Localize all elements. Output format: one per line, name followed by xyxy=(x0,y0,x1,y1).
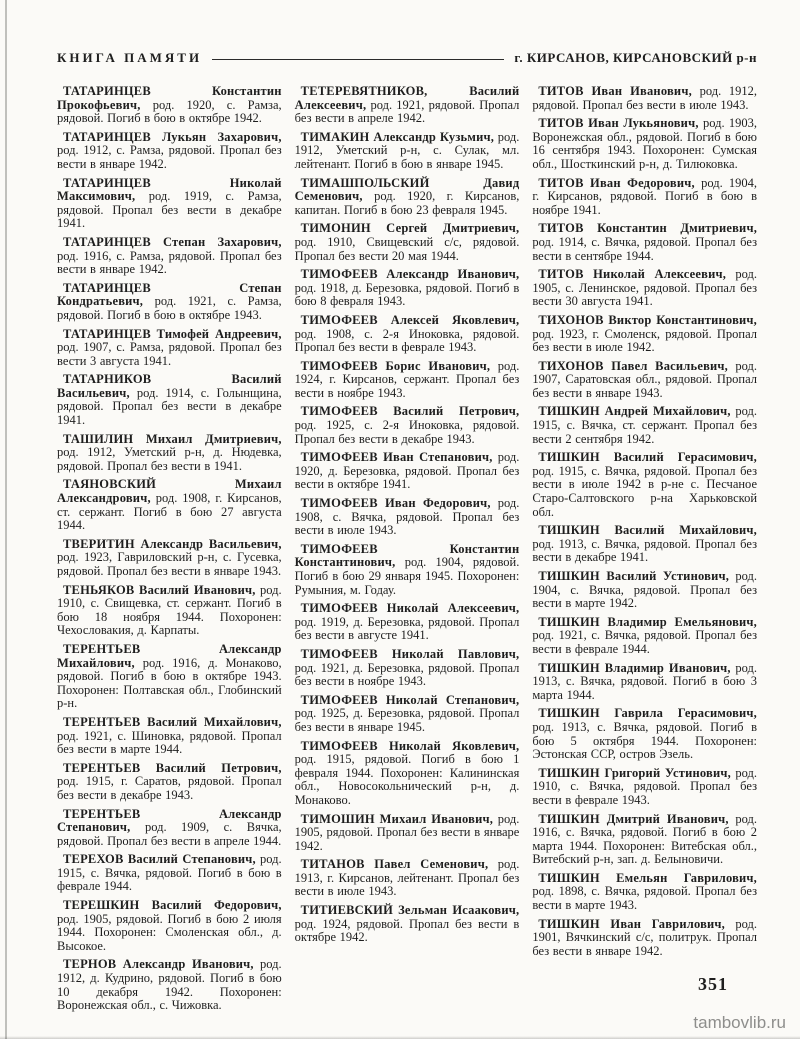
entry-name: ТИТОВ Иван Иванович, xyxy=(538,84,692,98)
page-number: 351 xyxy=(698,974,728,995)
entry-name: ТИТОВ Константин Дмитриевич, xyxy=(538,221,757,235)
entry-text: род. 1907, с. Рамза, рядовой. Пропал без… xyxy=(57,340,282,368)
memorial-entry: ТИТОВ Иван Федорович, род. 1904, г. Кирс… xyxy=(532,177,757,218)
memorial-entry: ТИМОШИН Михаил Иванович, род. 1905, рядо… xyxy=(295,813,520,854)
entry-name: ТИМОФЕЕВ Николай Яковлевич, xyxy=(301,739,520,753)
memorial-entry: ТИХОНОВ Виктор Константинович, род. 1923… xyxy=(532,314,757,355)
district-title: г. КИРСАНОВ, КИРСАНОВСКИЙ р-н xyxy=(514,50,757,66)
entry-name: ТАШИЛИН Михаил Дмитриевич, xyxy=(63,432,282,446)
memorial-entry: ТИТИЕВСКИЙ Зельман Исаакович, род. 1924,… xyxy=(295,904,520,945)
entry-name: ТИМОФЕЕВ Александр Иванович, xyxy=(301,267,520,281)
entry-name: ТИТОВ Николай Алексеевич, xyxy=(538,267,726,281)
entry-text: род. 1913, с. Вячка, рядовой. Пропал без… xyxy=(532,537,757,565)
entry-name: ТЕРНОВ Александр Иванович, xyxy=(63,957,254,971)
entry-text: род. 1923, Гавриловский р-н, с. Гусевка,… xyxy=(57,550,282,578)
memorial-entry: ТИМАШПОЛЬСКИЙ Давид Семенович, род. 1920… xyxy=(295,177,520,218)
entry-text: род. 1910, Свищевский с/с, рядовой. Проп… xyxy=(295,235,520,263)
memorial-entry: ТИШКИН Владимир Емельянович, род. 1921, … xyxy=(532,616,757,657)
memorial-entry: ТАТАРИНЦЕВ Лукьян Захарович, род. 1912, … xyxy=(57,131,282,172)
memorial-columns: ТАТАРИНЦЕВ Константин Прокофьевич, род. … xyxy=(57,85,757,979)
entry-text: род. 1914, с. Вячка, рядовой. Пропал без… xyxy=(532,235,757,263)
entry-name: ТАТАРИНЦЕВ Лукьян Захарович, xyxy=(63,130,282,144)
entry-name: ТАТАРИНЦЕВ Степан Захарович, xyxy=(63,235,282,249)
entry-name: ТИТАНОВ Павел Семенович, xyxy=(301,857,489,871)
entry-text: род. 1912, с. Рамза, рядовой. Пропал без… xyxy=(57,143,282,171)
memorial-entry: ТИШКИН Григорий Устинович, род. 1910, с.… xyxy=(532,767,757,808)
memorial-entry: ТАТАРИНЦЕВ Константин Прокофьевич, род. … xyxy=(57,85,282,126)
book-title: КНИГА ПАМЯТИ xyxy=(57,50,202,66)
memorial-entry: ТИТОВ Иван Лукьянович, род. 1903, Вороне… xyxy=(532,117,757,171)
memorial-entry: ТИМОФЕЕВ Константин Константинович, род.… xyxy=(295,543,520,597)
memorial-entry: ТИМАКИН Александр Кузьмич, род. 1912, Ум… xyxy=(295,131,520,172)
memorial-entry: ТИМОФЕЕВ Николай Павлович, род. 1921, д.… xyxy=(295,648,520,689)
memorial-entry: ТАТАРИНЦЕВ Николай Максимович, род. 1919… xyxy=(57,177,282,231)
entry-name: ТИШКИН Владимир Иванович, xyxy=(538,661,730,675)
memorial-entry: ТИШКИН Гаврила Герасимович, род. 1913, с… xyxy=(532,707,757,761)
entry-name: ТИШКИН Григорий Устинович, xyxy=(538,766,731,780)
memorial-entry: ТИТОВ Николай Алексеевич, род. 1905, с. … xyxy=(532,268,757,309)
entry-name: ТИШКИН Гаврила Герасимович, xyxy=(538,706,757,720)
entry-name: ТИМОФЕЕВ Иван Федорович, xyxy=(301,496,491,510)
entry-text: род. 1898, с. Вячка, рядовой. Пропал без… xyxy=(532,884,757,912)
memorial-entry: ТАШИЛИН Михаил Дмитриевич, род. 1912, Ум… xyxy=(57,433,282,474)
memorial-entry: ТЕНЬЯКОВ Василий Иванович, род. 1910, с.… xyxy=(57,584,282,638)
entry-text: род. 1924, рядовой. Пропал без вести в о… xyxy=(295,917,520,945)
column-3: ТИТОВ Иван Иванович, род. 1912, рядовой.… xyxy=(532,85,757,979)
entry-text: род. 1905, рядовой. Погиб в бою 2 июля 1… xyxy=(57,912,282,953)
memorial-entry: ТИМОФЕЕВ Николай Алексеевич, род. 1919, … xyxy=(295,602,520,643)
memorial-entry: ТЕРЕШКИН Василий Федорович, род. 1905, р… xyxy=(57,899,282,953)
entry-name: ТИШКИН Василий Герасимович, xyxy=(538,450,757,464)
memorial-entry: ТИМОФЕЕВ Николай Степанович, род. 1925, … xyxy=(295,694,520,735)
library-watermark: tambovlib.ru xyxy=(693,1013,786,1033)
memorial-entry: ТАЯНОВСКИЙ Михаил Александрович, род. 19… xyxy=(57,478,282,532)
entry-text: род. 1923, г. Смоленск, рядовой. Пропал … xyxy=(532,327,757,355)
memorial-entry: ТИШКИН Василий Михайлович, род. 1913, с.… xyxy=(532,524,757,565)
entry-name: ТИМОНИН Сергей Дмитриевич, xyxy=(301,221,520,235)
entry-text: род. 1918, д. Березовка, рядовой. Погиб … xyxy=(295,281,520,309)
memorial-entry: ТИМОФЕЕВ Иван Федорович, род. 1908, с. В… xyxy=(295,497,520,538)
entry-text: род. 1921, с. Шиновка, рядовой. Пропал б… xyxy=(57,729,282,757)
memorial-entry: ТИМОФЕЕВ Николай Яковлевич, род. 1915, р… xyxy=(295,740,520,808)
entry-name: ТИШКИН Емельян Гаврилович, xyxy=(538,871,757,885)
entry-name: ТИТОВ Иван Лукьянович, xyxy=(538,116,698,130)
entry-text: род. 1915, с. Вячка, рядовой. Пропал без… xyxy=(532,464,757,519)
header-rule xyxy=(212,59,504,60)
entry-name: ТЕРЕХОВ Василий Степанович, xyxy=(63,852,256,866)
memorial-entry: ТЕРЕНТЬЕВ Василий Михайлович, род. 1921,… xyxy=(57,716,282,757)
memorial-entry: ТИМОФЕЕВ Алексей Яковлевич, род. 1908, с… xyxy=(295,314,520,355)
scan-edge-line xyxy=(5,0,7,1039)
memorial-entry: ТИТОВ Константин Дмитриевич, род. 1914, … xyxy=(532,222,757,263)
memorial-entry: ТЕРЕНТЬЕВ Василий Петрович, род. 1915, г… xyxy=(57,762,282,803)
entry-name: ТИТИЕВСКИЙ Зельман Исаакович, xyxy=(301,903,520,917)
entry-name: ТИМОФЕЕВ Николай Степанович, xyxy=(301,693,520,707)
memorial-entry: ТИШКИН Емельян Гаврилович, род. 1898, с.… xyxy=(532,872,757,913)
entry-name: ТЕНЬЯКОВ Василий Иванович, xyxy=(63,583,256,597)
memorial-entry: ТИШКИН Владимир Иванович, род. 1913, с. … xyxy=(532,662,757,703)
entry-text: род. 1916, с. Рамза, рядовой. Пропал без… xyxy=(57,249,282,277)
memorial-entry: ТАТАРИНЦЕВ Степан Захарович, род. 1916, … xyxy=(57,236,282,277)
entry-text: род. 1921, с. Вячка, рядовой. Пропал без… xyxy=(532,628,757,656)
column-1: ТАТАРИНЦЕВ Константин Прокофьевич, род. … xyxy=(57,85,282,979)
memorial-entry: ТИШКИН Андрей Михайлович, род. 1915, с. … xyxy=(532,405,757,446)
entry-text: род. 1921, д. Березовка, рядовой. Пропал… xyxy=(295,661,520,689)
entry-name: ТИШКИН Василий Михайлович, xyxy=(538,523,757,537)
entry-name: ТЕРЕШКИН Василий Федорович, xyxy=(63,898,282,912)
entry-name: ТИМОФЕЕВ Василий Петрович, xyxy=(301,404,520,418)
entry-name: ТИМАКИН Александр Кузьмич, xyxy=(301,130,494,144)
entry-text: род. 1925, д. Березовка, рядовой. Пропал… xyxy=(295,706,520,734)
entry-text: род. 1913, с. Вячка, рядовой. Погиб в бо… xyxy=(532,720,757,761)
memorial-entry: ТАТАРИНЦЕВ Степан Кондратьевич, род. 192… xyxy=(57,282,282,323)
column-2: ТЕТЕРЕВЯТНИКОВ, Василий Алексеевич, род.… xyxy=(295,85,520,979)
memorial-entry: ТИМОФЕЕВ Василий Петрович, род. 1925, с.… xyxy=(295,405,520,446)
entry-name: ТИМОФЕЕВ Иван Степанович, xyxy=(301,450,493,464)
entry-name: ТИМОШИН Михаил Иванович, xyxy=(301,812,493,826)
entry-name: ТИМОФЕЕВ Борис Иванович, xyxy=(301,359,491,373)
memorial-entry: ТИШКИН Василий Устинович, род. 1904, с. … xyxy=(532,570,757,611)
memorial-entry: ТИМОФЕЕВ Александр Иванович, род. 1918, … xyxy=(295,268,520,309)
page-header: КНИГА ПАМЯТИ г. КИРСАНОВ, КИРСАНОВСКИЙ р… xyxy=(57,50,757,66)
entry-name: ТИШКИН Иван Гаврилович, xyxy=(538,917,725,931)
memorial-entry: ТЕРЕХОВ Василий Степанович, род. 1915, с… xyxy=(57,853,282,894)
memorial-entry: ТИШКИН Дмитрий Иванович, род. 1916, с. В… xyxy=(532,813,757,867)
entry-name: ТИШКИН Василий Устинович, xyxy=(538,569,729,583)
entry-name: ТИТОВ Иван Федорович, xyxy=(538,176,695,190)
entry-text: род. 1925, с. 2-я Иноковка, рядовой. Про… xyxy=(295,418,520,446)
entry-name: ТИШКИН Дмитрий Иванович, xyxy=(538,812,728,826)
entry-text: род. 1919, д. Березовка, рядовой. Пропал… xyxy=(295,615,520,643)
entry-name: ТЕРЕНТЬЕВ Василий Михайлович, xyxy=(63,715,282,729)
entry-name: ТИМОФЕЕВ Алексей Яковлевич, xyxy=(301,313,520,327)
entry-name: ТВЕРИТИН Александр Васильевич, xyxy=(63,537,282,551)
memorial-entry: ТИШКИН Василий Герасимович, род. 1915, с… xyxy=(532,451,757,519)
entry-name: ТИШКИН Андрей Михайлович, xyxy=(538,404,730,418)
entry-name: ТИХОНОВ Виктор Константинович, xyxy=(538,313,757,327)
entry-name: ТЕРЕНТЬЕВ Василий Петрович, xyxy=(63,761,282,775)
entry-text: род. 1915, рядовой. Погиб в бою 1 феврал… xyxy=(295,752,520,807)
entry-name: ТИМОФЕЕВ Николай Павлович, xyxy=(301,647,520,661)
entry-name: ТИХОНОВ Павел Васильевич, xyxy=(538,359,728,373)
scanned-book-page: КНИГА ПАМЯТИ г. КИРСАНОВ, КИРСАНОВСКИЙ р… xyxy=(0,0,800,1039)
memorial-entry: ТИТАНОВ Павел Семенович, род. 1913, г. К… xyxy=(295,858,520,899)
entry-text: род. 1908, с. 2-я Иноковка, рядовой. Про… xyxy=(295,327,520,355)
memorial-entry: ТИТОВ Иван Иванович, род. 1912, рядовой.… xyxy=(532,85,757,112)
memorial-entry: ТИМОНИН Сергей Дмитриевич, род. 1910, Св… xyxy=(295,222,520,263)
entry-text: род. 1915, г. Саратов, рядовой. Пропал б… xyxy=(57,774,282,802)
memorial-entry: ТАТАРНИКОВ Василий Васильевич, род. 1914… xyxy=(57,373,282,427)
memorial-entry: ТИМОФЕЕВ Борис Иванович, род. 1924, г. К… xyxy=(295,360,520,401)
memorial-entry: ТЕТЕРЕВЯТНИКОВ, Василий Алексеевич, род.… xyxy=(295,85,520,126)
memorial-entry: ТИМОФЕЕВ Иван Степанович, род. 1920, д. … xyxy=(295,451,520,492)
memorial-entry: ТИШКИН Иван Гаврилович, род. 1901, Вячки… xyxy=(532,918,757,959)
entry-name: ТИМОФЕЕВ Николай Алексеевич, xyxy=(301,601,520,615)
entry-name: ТИШКИН Владимир Емельянович, xyxy=(538,615,757,629)
entry-text: род. 1912, Уметский р-н, д. Нюдевка, ряд… xyxy=(57,445,282,473)
memorial-entry: ТЕРНОВ Александр Иванович, род. 1912, д.… xyxy=(57,958,282,1012)
memorial-entry: ТАТАРИНЦЕВ Тимофей Андреевич, род. 1907,… xyxy=(57,328,282,369)
entry-name: ТАТАРИНЦЕВ Тимофей Андреевич, xyxy=(63,327,282,341)
memorial-entry: ТВЕРИТИН Александр Васильевич, род. 1923… xyxy=(57,538,282,579)
memorial-entry: ТЕРЕНТЬЕВ Александр Михайлович, род. 191… xyxy=(57,643,282,711)
memorial-entry: ТЕРЕНТЬЕВ Александр Степанович, род. 190… xyxy=(57,808,282,849)
memorial-entry: ТИХОНОВ Павел Васильевич, род. 1907, Сар… xyxy=(532,360,757,401)
